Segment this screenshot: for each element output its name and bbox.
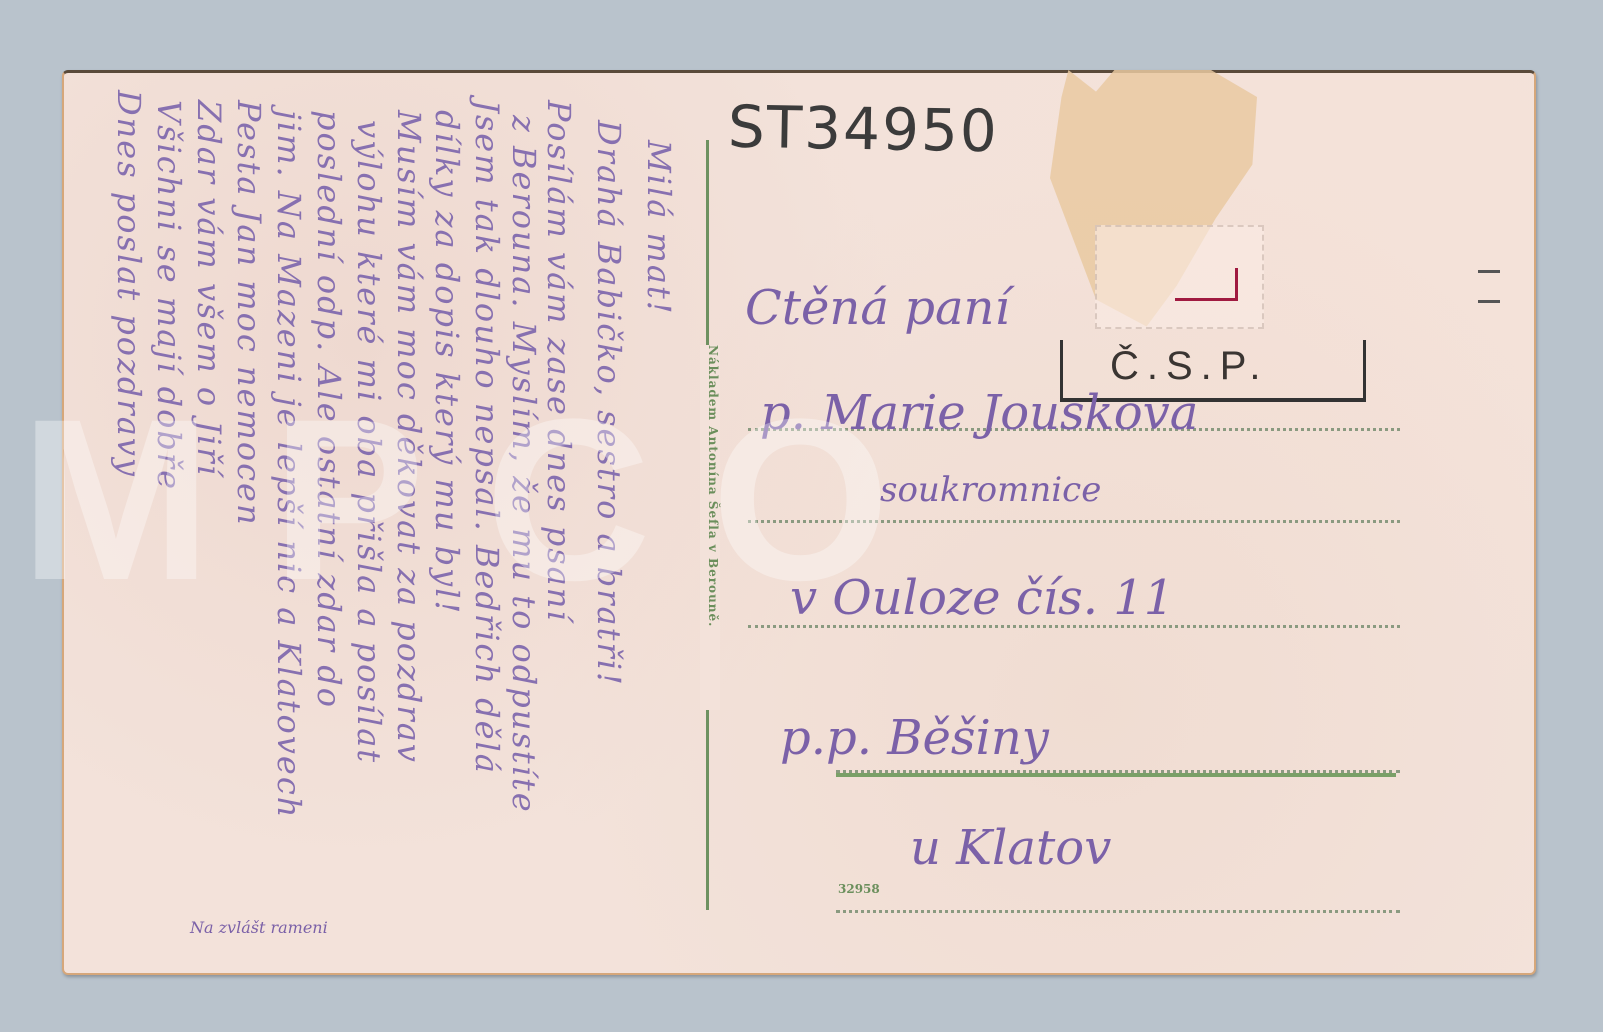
address-recipient: p. Marie Jouskova — [760, 385, 1198, 441]
address-village: v Ouloze čís. 11 — [790, 570, 1174, 626]
stock-number: ST34950 — [727, 93, 999, 166]
message-line: výlohu které mi oba přišla a posílat — [350, 120, 388, 764]
address-post-office: p.p. Běšiny — [780, 710, 1049, 766]
address-district: u Klatov — [910, 820, 1111, 876]
message-line: Drahá Babičko, sestro a bratři! — [590, 120, 628, 687]
message-line: Posílám vám zase dnes psaní — [540, 100, 578, 623]
edge-mark — [1478, 270, 1500, 273]
message-line: Jsem tak dlouho nepsal. Bedřich dělá — [468, 100, 506, 775]
message-line: Musím vám moc děkovat za pozdrav — [390, 110, 428, 764]
message-line: Pesta Jan moc nemocen — [230, 100, 268, 527]
address-dotted-line — [836, 910, 1400, 913]
address-dotted-line — [748, 520, 1400, 523]
message-line: dílky za dopis který mu byl! — [428, 110, 466, 615]
address-green-underline — [836, 773, 1396, 777]
message-line: Dnes poslat pozdravy — [110, 90, 148, 478]
publisher-imprint: Nákladem Antonína Šefla v Berouně. — [700, 345, 720, 710]
message-line: Všichni se mají dobře — [150, 100, 188, 491]
stamp-red-mark — [1175, 268, 1238, 301]
address-occupation: soukromnice — [880, 470, 1101, 510]
margin-note: Na zvlášt rameni — [190, 918, 328, 937]
message-line: Zdar vám všem o Jiří — [190, 100, 228, 477]
edge-mark — [1478, 300, 1500, 303]
message-line: Milá mat! — [640, 140, 678, 316]
card-number: 32958 — [838, 882, 880, 896]
message-line: jim. Na Mazeni je lepší nic a Klatovech — [270, 110, 308, 819]
address-salutation: Ctěná paní — [745, 280, 1010, 336]
csp-overprint: Č.S.P. — [1110, 344, 1268, 389]
message-line: poslední odp. Ale ostatní zdar do — [310, 110, 348, 709]
message-line: z Berouna. Myslím, že mu to odpustíte — [505, 115, 543, 814]
